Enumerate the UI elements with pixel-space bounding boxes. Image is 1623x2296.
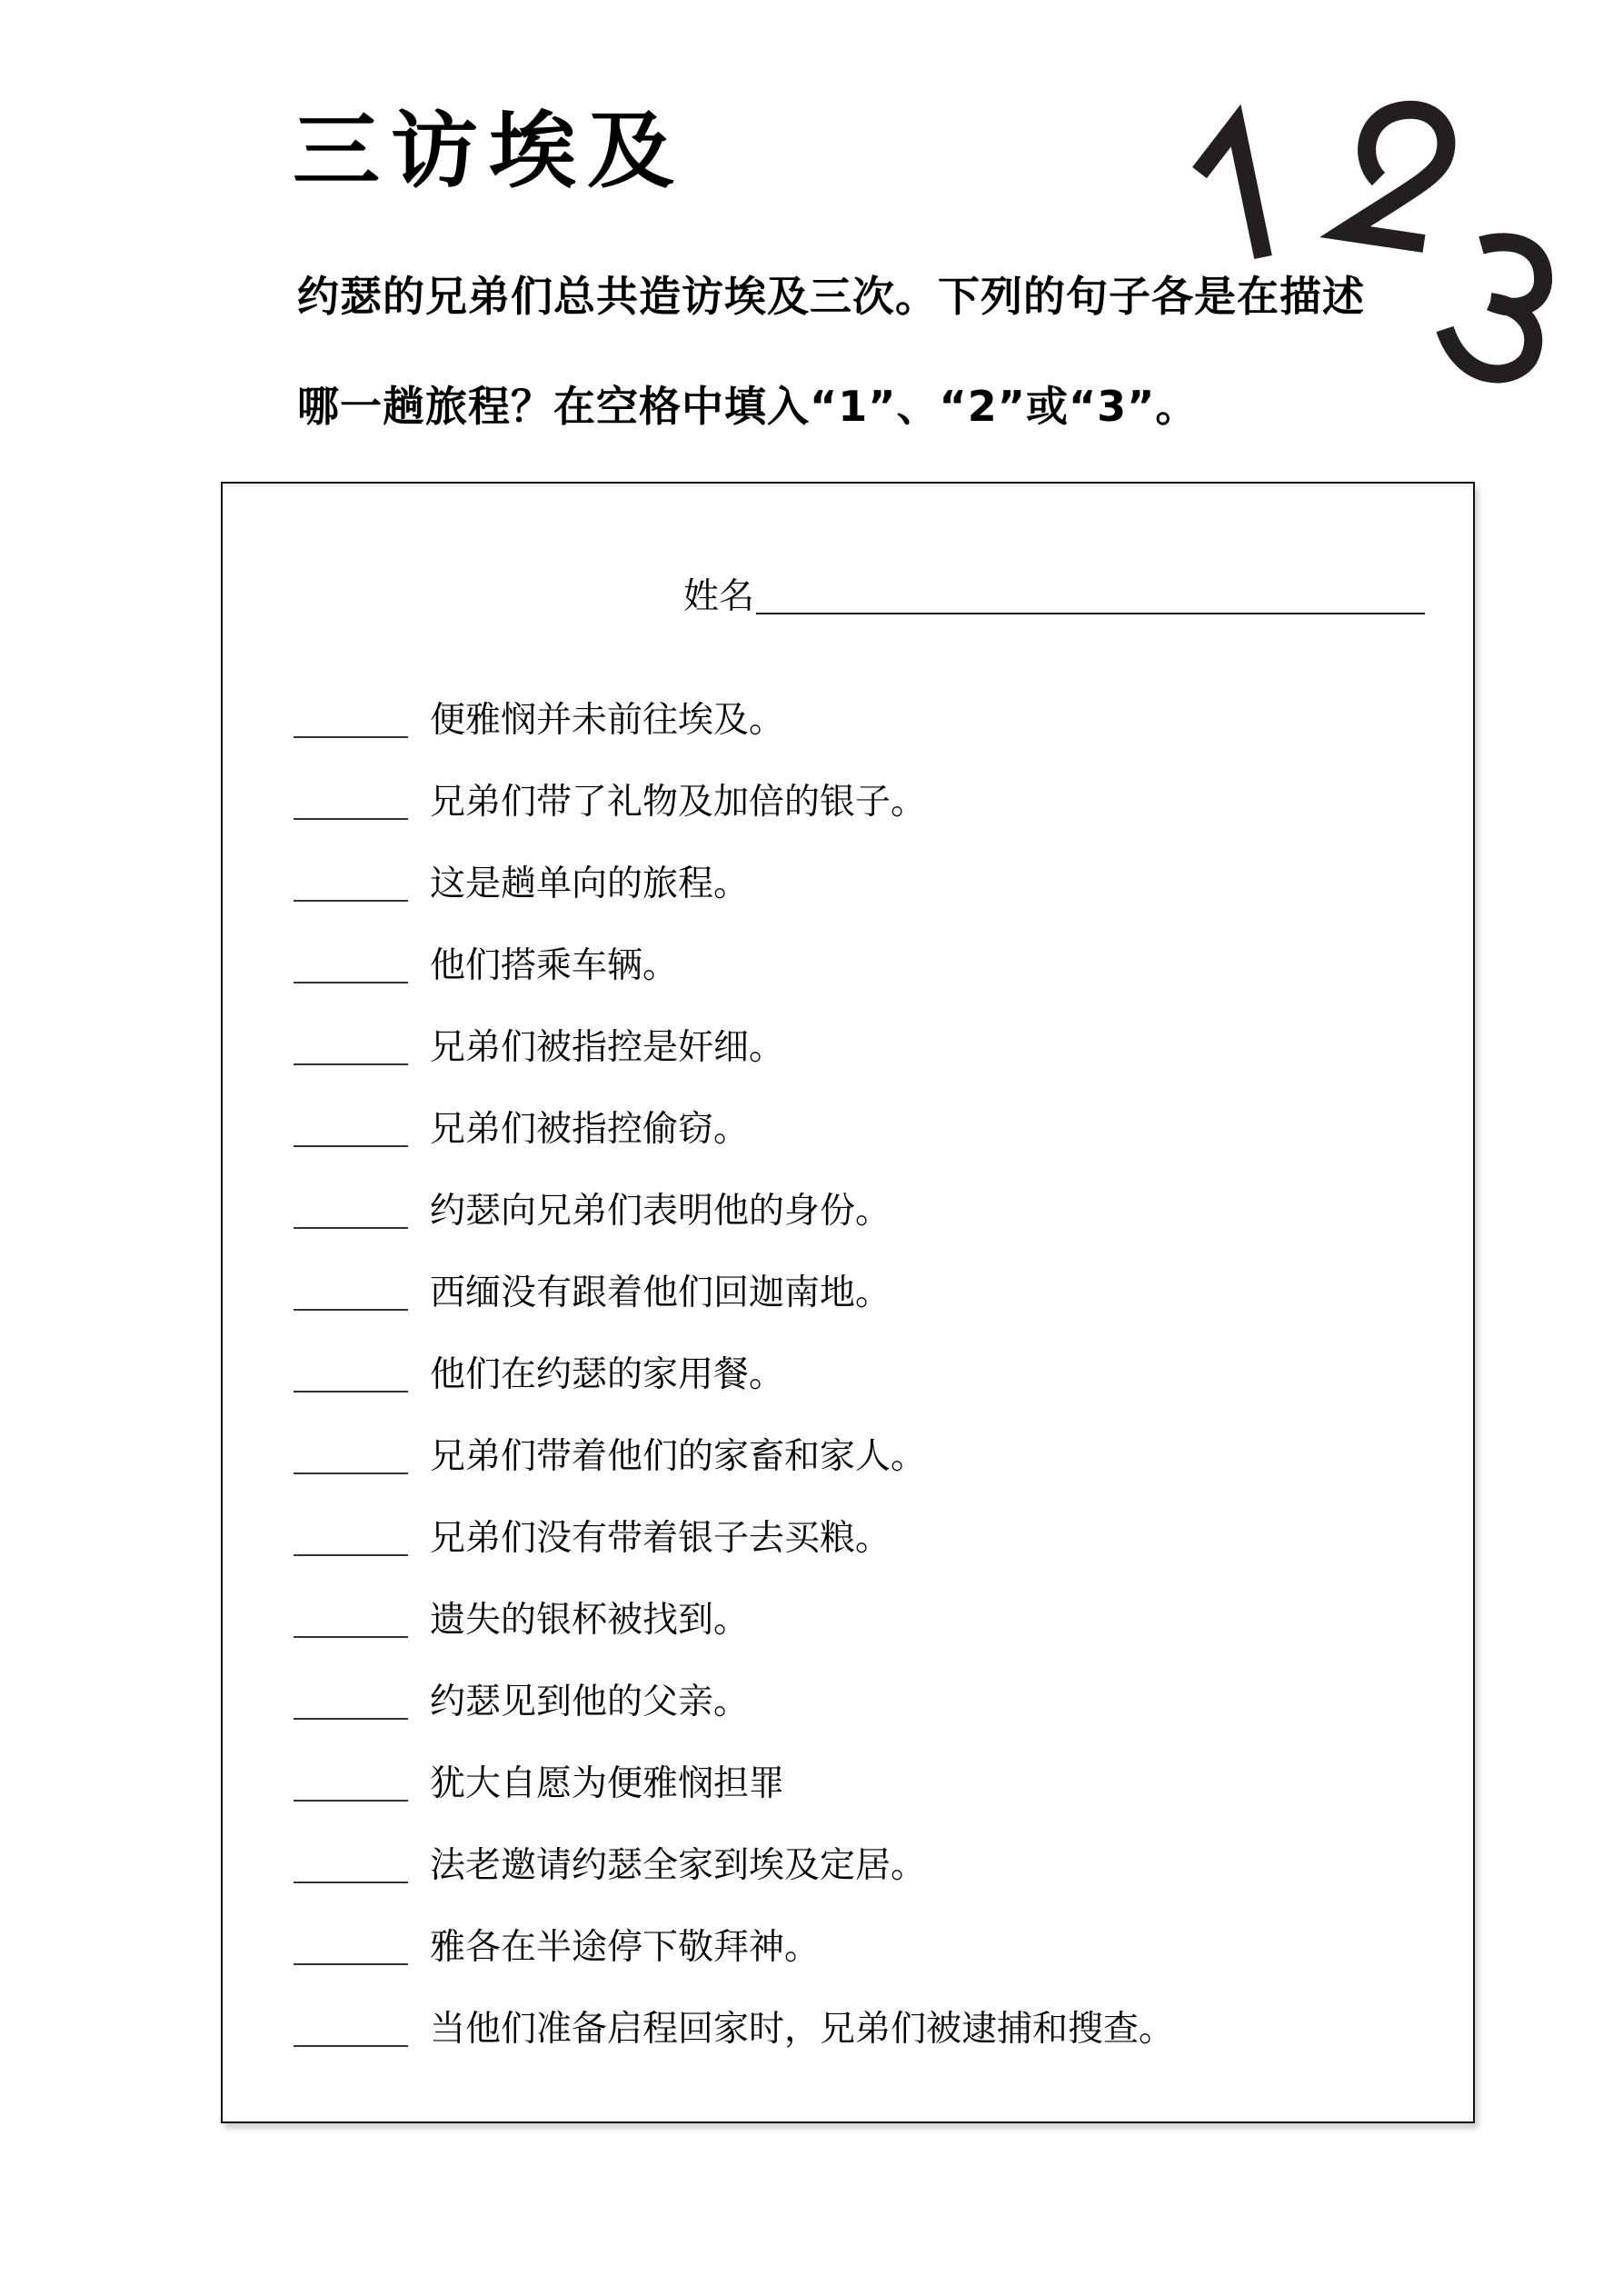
question-text: 便雅悯并未前往埃及。 (430, 703, 784, 738)
answer-blank[interactable] (294, 900, 408, 902)
name-label: 姓名 (683, 576, 754, 617)
answer-blank[interactable] (294, 1800, 408, 1802)
question-text: 约瑟见到他的父亲。 (430, 1684, 749, 1720)
question-text: 当他们准备启程回家时，兄弟们被逮捕和搜查。 (430, 2011, 1174, 2047)
question-text: 兄弟们没有带着银子去买粮。 (430, 1521, 891, 1556)
answer-blank[interactable] (294, 1636, 408, 1638)
question-text: 遗失的银杯被找到。 (430, 1602, 749, 1638)
question-text: 兄弟们被指控是奸细。 (430, 1030, 784, 1065)
instructions-line-1: 约瑟的兄弟们总共造访埃及三次。下列的句子各是在描述 (297, 275, 1365, 317)
question-text: 西缅没有跟着他们回迦南地。 (430, 1275, 891, 1311)
question-text: 犹大自愿为便雅悯担罪 (430, 1766, 784, 1802)
question-text: 兄弟们带着他们的家畜和家人。 (430, 1439, 926, 1474)
question-text: 这是趟单向的旅程。 (430, 866, 749, 902)
question-text: 他们在约瑟的家用餐。 (430, 1357, 784, 1393)
answer-blank[interactable] (294, 1472, 408, 1474)
instructions-line-2: 哪一趟旅程？在空格中填入“1”、“2”或“3”。 (297, 385, 1198, 427)
question-text: 约瑟向兄弟们表明他的身份。 (430, 1193, 891, 1229)
answer-blank[interactable] (294, 2045, 408, 2047)
answer-blank[interactable] (294, 982, 408, 983)
question-text: 他们搭乘车辆。 (430, 948, 678, 983)
page-title: 三访埃及 (293, 109, 685, 192)
question-text: 雅各在半途停下敬拜神。 (430, 1930, 820, 1965)
answer-blank[interactable] (294, 1882, 408, 1883)
answer-blank[interactable] (294, 736, 408, 738)
answer-blank[interactable] (294, 1145, 408, 1147)
answer-blank[interactable] (294, 1554, 408, 1556)
answer-blank[interactable] (294, 1391, 408, 1393)
answer-blank[interactable] (294, 1063, 408, 1065)
question-text: 法老邀请约瑟全家到埃及定居。 (430, 1848, 926, 1883)
answer-blank[interactable] (294, 1309, 408, 1311)
question-text: 兄弟们被指控偷窃。 (430, 1112, 749, 1147)
numbers-123-graphic-icon (1172, 91, 1572, 391)
answer-blank[interactable] (294, 1963, 408, 1965)
name-field-row: 姓名 (683, 578, 1425, 614)
answer-blank[interactable] (294, 1227, 408, 1229)
question-text: 兄弟们带了礼物及加倍的银子。 (430, 784, 926, 820)
answer-blank[interactable] (294, 818, 408, 820)
answer-blank[interactable] (294, 1718, 408, 1720)
name-input-line[interactable] (756, 578, 1425, 614)
